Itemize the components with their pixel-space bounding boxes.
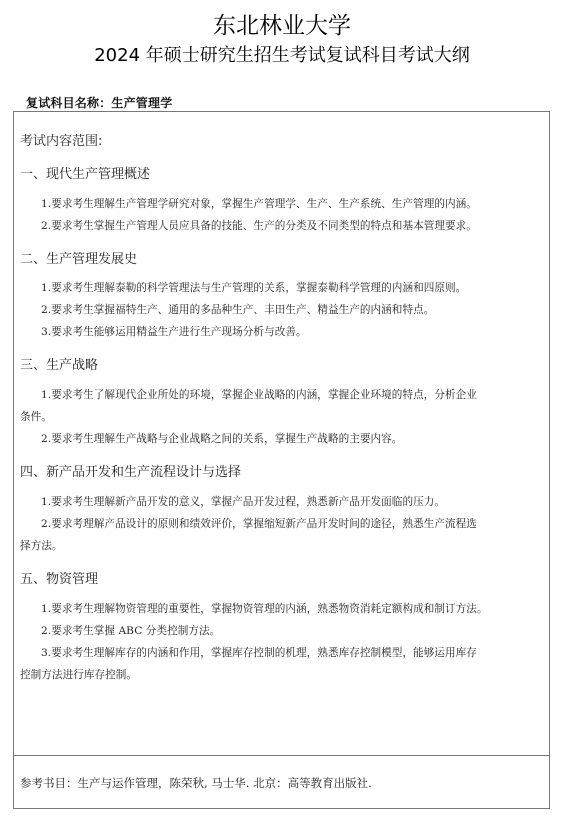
document-title: 2024 年硕士研究生招生考试复试科目考试大纲 [0, 44, 564, 68]
section-5-item-3: 3.要求考生理解库存的内涵和作用，掌握库存控制的机理，熟悉库存控制模型，能够运用… [20, 645, 543, 660]
section-1-item-1: 1.要求考生理解生产管理学研究对象，掌握生产管理学、生产、生产系统、生产管理的内… [20, 196, 543, 211]
section-4-item-2-cont: 择方法。 [20, 538, 543, 553]
section-heading-1: 一、现代生产管理概述 [20, 163, 543, 182]
subject-name: 复试科目名称：生产管理学 [26, 96, 172, 110]
syllabus-table: 考试内容范围: 一、现代生产管理概述 1.要求考生理解生产管理学研究对象，掌握生… [13, 111, 550, 809]
section-heading-3: 三、生产战略 [20, 354, 543, 373]
section-5-item-3-cont: 控制方法进行库存控制。 [20, 667, 543, 682]
section-heading-2: 二、生产管理发展史 [20, 248, 543, 267]
section-4-item-1: 1.要求考生理解新产品开发的意义，掌握产品开发过程，熟悉新产品开发面临的压力。 [20, 494, 543, 509]
section-3-item-1: 1.要求考生了解现代企业所处的环境，掌握企业战略的内涵，掌握企业环境的特点，分析… [20, 387, 543, 402]
section-5-item-2: 2.要求考生掌握 ABC 分类控制方法。 [20, 623, 543, 638]
section-1-item-2: 2.要求考生掌握生产管理人员应具备的技能、生产的分类及不同类型的特点和基本管理要… [20, 218, 543, 233]
section-heading-5: 五、物资管理 [20, 568, 543, 587]
section-2-item-2: 2.要求考生掌握福特生产、通用的多品种生产、丰田生产、精益生产的内涵和特点。 [20, 302, 543, 317]
section-4-item-2: 2.要求考理解产品设计的原则和绩效评价，掌握缩短新产品开发时间的途径，熟悉生产流… [20, 516, 543, 531]
section-3-item-2: 2.要求考生理解生产战略与企业战略之间的关系，掌握生产战略的主要内容。 [20, 431, 543, 446]
university-name: 东北林业大学 [0, 12, 564, 40]
section-heading-4: 四、新产品开发和生产流程设计与选择 [20, 461, 543, 480]
table-divider [14, 755, 549, 756]
section-2-item-1: 1.要求考生理解泰勒的科学管理法与生产管理的关系，掌握泰勒科学管理的内涵和四原则… [20, 280, 543, 295]
scope-label: 考试内容范围: [20, 130, 543, 149]
section-3-item-1-cont: 条件。 [20, 409, 543, 424]
section-2-item-3: 3.要求考生能够运用精益生产进行生产现场分析与改善。 [20, 324, 543, 339]
reference-books: 参考书目：生产与运作管理，陈荣秋, 马士华. 北京：高等教育出版社. [20, 775, 372, 791]
section-5-item-1: 1.要求考生理解物资管理的重要性，掌握物资管理的内涵，熟悉物资消耗定额构成和制订… [20, 601, 543, 616]
